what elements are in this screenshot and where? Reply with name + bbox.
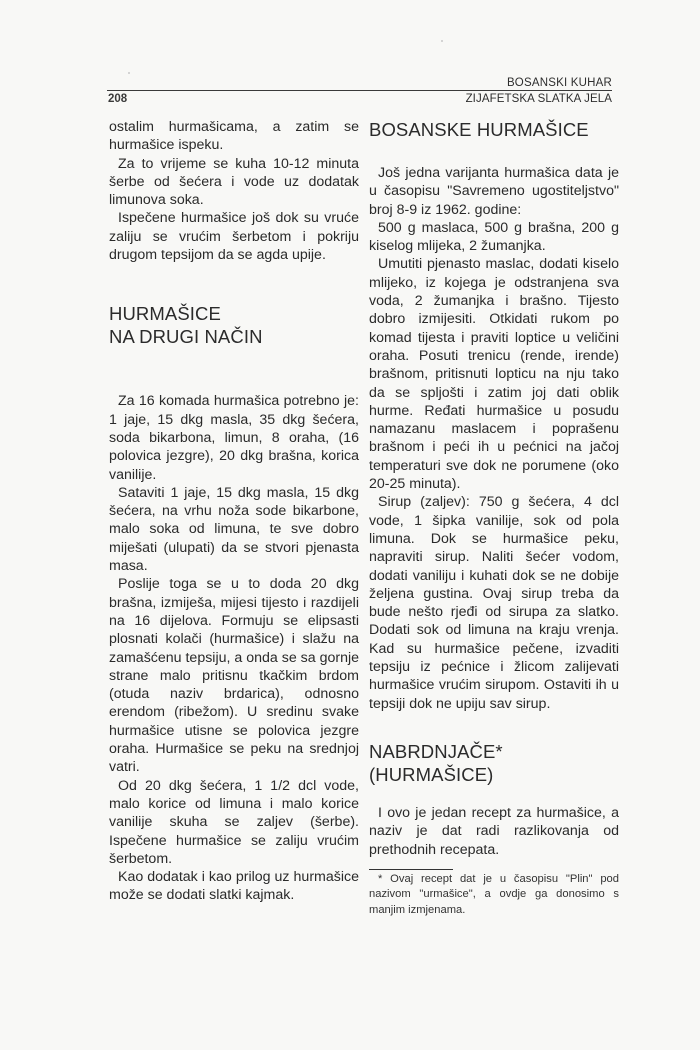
paragraph: Kao dodatak i kao prilog uz hur­mašice m… [109,868,359,905]
paragraph: 500 g maslaca, 500 g brašna, 200 g kisel… [369,219,619,256]
paragraph: ostalim hurmašicama, a zatim se hurmašic… [109,118,359,155]
paragraph: Za to vrijeme se kuha 10-12 minuta šerbe… [109,155,359,210]
footnote: * Ovaj recept dat je u časopisu "Plin" p… [369,872,619,919]
page-number: 208 [108,93,127,105]
running-header: BOSANSKI KUHAR 208 ZIJAFETSKA SLATKA JEL… [107,77,612,107]
left-column: ostalim hurmašicama, a zatim se hurmašic… [109,118,359,905]
paragraph: Za 16 komada hurmašica potreb­no je: 1 j… [109,392,359,483]
recipe-heading-hurmasice-na-drugi-nacin: HURMAŠICE NA DRUGI NAČIN [109,302,359,348]
recipe-heading-nabrdnjace: NABRDNJAČE* (HURMAŠICE) [369,740,619,786]
paper-speck [441,40,443,42]
book-title: BOSANSKI KUHAR [507,77,612,89]
paper-speck [128,72,130,74]
header-rule [107,90,612,91]
footnote-rule [369,869,453,870]
heading-line: NA DRUGI NAČIN [109,326,263,347]
section-title: ZIJAFETSKA SLATKA JELA [466,93,612,105]
paragraph: Još jedna varijanta hurmašica data je u … [369,164,619,219]
book-page: BOSANSKI KUHAR 208 ZIJAFETSKA SLATKA JEL… [0,0,700,1050]
paragraph: Od 20 dkg šećera, 1 1/2 dcl vode, malo k… [109,777,359,868]
right-column: BOSANSKE HURMAŠICE Još jedna varijanta h… [369,118,619,918]
paragraph: Ispečene hurmašice još dok su vruće zali… [109,209,359,264]
heading-line: HURMAŠICE [109,303,221,324]
paragraph: I ovo je jedan recept za hurma­šice, a n… [369,804,619,859]
paragraph: Poslije toga se u to doda 20 dkg brašna,… [109,575,359,776]
paragraph: Sirup (zaljev): 750 g šećera, 4 dcl vode… [369,493,619,713]
paragraph: Umutiti pjenasto maslac, dodati kiselo m… [369,255,619,493]
paragraph: Sataviti 1 jaje, 15 dkg masla, 15 dkg še… [109,484,359,575]
recipe-heading-bosanske-hurmasice: BOSANSKE HURMAŠICE [369,118,619,141]
